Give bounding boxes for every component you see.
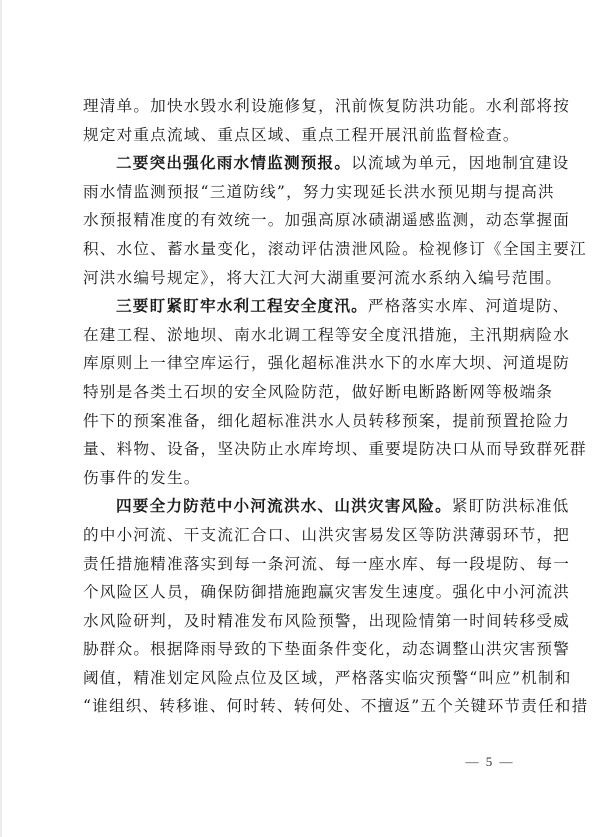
paragraph-continuation: 理清单。加快水毁水利设施修复，汛前恢复防洪功能。水利部将按 规定对重点流域、重点… <box>83 92 523 149</box>
paragraph-small-rivers-flash-floods: 四要全力防范中小河流洪水、山洪灾害风险。紧盯防洪标准低 的中小河流、干支流汇合口… <box>83 492 523 721</box>
paragraph-heading: 二要突出强化雨水情监测预报。 <box>116 153 351 172</box>
text-line: “谁组织、转移谁、何时转、转何处、不擅返”五个关键环节责任和措 <box>83 692 523 721</box>
text-line: 水预报精准度的有效统一。加强高原冰碛湖遥感监测，动态掌握面 <box>83 206 523 235</box>
paragraph-heading: 三要盯紧盯牢水利工程安全度汛。 <box>116 296 368 315</box>
text-line: 四要全力防范中小河流洪水、山洪灾害风险。紧盯防洪标准低 <box>83 492 523 521</box>
text-line: 河洪水编号规定》，将大江大河大湖重要河流水系纳入编号范围。 <box>83 264 523 293</box>
scan-edge <box>0 0 2 837</box>
paragraph-monitoring-forecast: 二要突出强化雨水情监测预报。以流域为单元，因地制宜建设 雨水情监测预报“三道防线… <box>83 149 523 292</box>
text-line: 量、料物、设备，坚决防止水库垮坝、重要堤防决口从而导致群死群 <box>83 435 523 464</box>
text-span: 以流域为单元，因地制宜建设 <box>351 154 569 172</box>
text-line: 理清单。加快水毁水利设施修复，汛前恢复防洪功能。水利部将按 <box>83 92 523 121</box>
text-line: 规定对重点流域、重点区域、重点工程开展汛前监督检查。 <box>83 121 523 150</box>
page-number: — 5 — <box>460 754 520 770</box>
paragraph-project-safety: 三要盯紧盯牢水利工程安全度汛。严格落实水库、河道堤防、 在建工程、淤地坝、南水北… <box>83 292 523 492</box>
text-line: 个风险区人员，确保防御措施跑赢灾害发生速度。强化中小河流洪 <box>83 578 523 607</box>
text-span: 严格落实水库、河道堤防、 <box>368 297 570 315</box>
text-line: 责任措施精准落实到每一条河流、每一座水库、每一段堤防、每一 <box>83 550 523 579</box>
text-line: 特别是各类土石坝的安全风险防范，做好断电断路断网等极端条 <box>83 378 523 407</box>
document-body: 理清单。加快水毁水利设施修复，汛前恢复防洪功能。水利部将按 规定对重点流域、重点… <box>83 92 523 721</box>
text-line: 水风险研判，及时精准发布风险预警，出现险情第一时间转移受威 <box>83 607 523 636</box>
text-line: 库原则上一律空库运行，强化超标准洪水下的水库大坝、河道堤防 <box>83 349 523 378</box>
text-line: 胁群众。根据降雨导致的下垫面条件变化，动态调整山洪灾害预警 <box>83 635 523 664</box>
paragraph-heading: 四要全力防范中小河流洪水、山洪灾害风险。 <box>116 496 452 515</box>
text-line: 伤事件的发生。 <box>83 464 523 493</box>
text-line: 的中小河流、干支流汇合口、山洪灾害易发区等防洪薄弱环节，把 <box>83 521 523 550</box>
text-line: 件下的预案准备，细化超标准洪水人员转移预案，提前预置抢险力 <box>83 407 523 436</box>
text-line: 积、水位、蓄水量变化，滚动评估溃泄风险。检视修订《全国主要江 <box>83 235 523 264</box>
text-line: 阈值，精准划定风险点位及区域，严格落实临灾预警“叫应”机制和 <box>83 664 523 693</box>
text-line: 三要盯紧盯牢水利工程安全度汛。严格落实水库、河道堤防、 <box>83 292 523 321</box>
text-span: 紧盯防洪标准低 <box>452 497 570 515</box>
text-line: 在建工程、淤地坝、南水北调工程等安全度汛措施，主汛期病险水 <box>83 321 523 350</box>
text-line: 二要突出强化雨水情监测预报。以流域为单元，因地制宜建设 <box>83 149 523 178</box>
text-line: 雨水情监测预报“三道防线”，努力实现延长洪水预见期与提高洪 <box>83 178 523 207</box>
